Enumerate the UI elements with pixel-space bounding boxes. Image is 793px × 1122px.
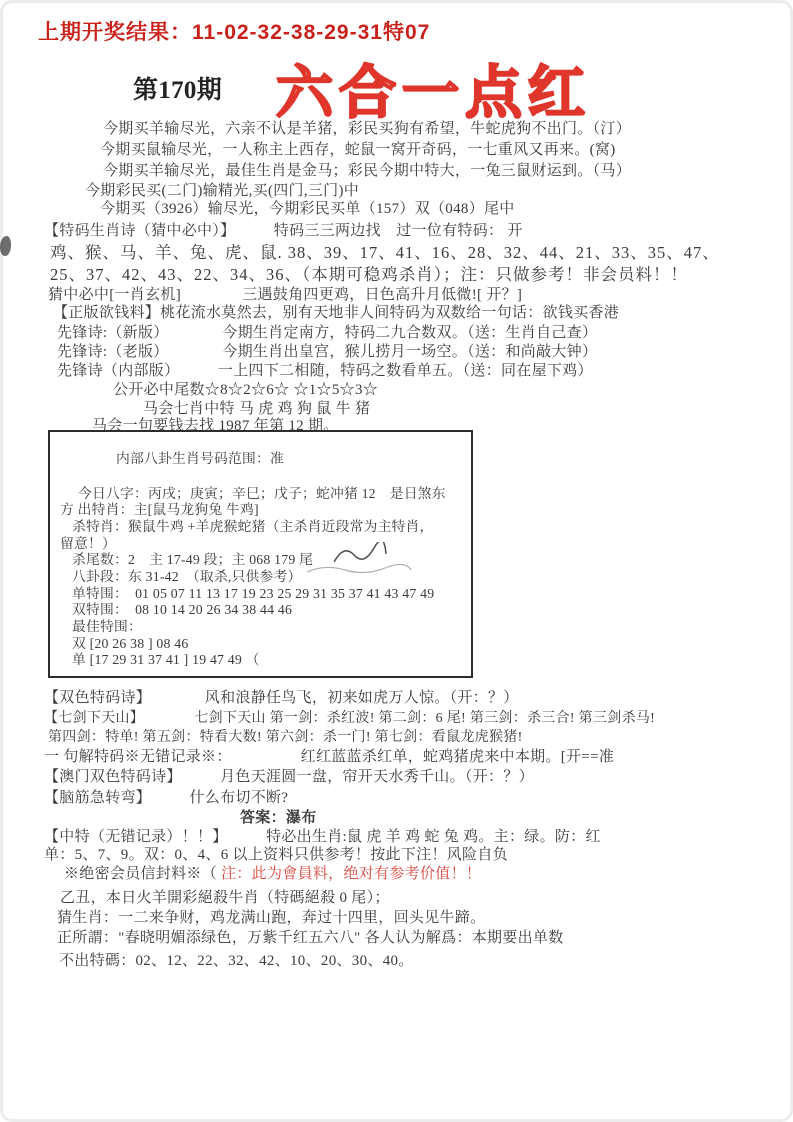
- macau-two-color-poem: 【澳门双色特码诗】 月色天涯圆一盘，帘开天水秀千山。（开：？）: [44, 765, 534, 786]
- brain-teaser: 【脑筋急转弯】 什么布切不断?: [44, 786, 288, 807]
- box-line: 单 [17 29 31 37 41 ] 19 47 49 （: [72, 648, 260, 668]
- intro-line: 今期买（3926）输尽光，今期彩民买单（157）双（048）尾中: [100, 197, 515, 218]
- footer-line: 正所謂："春晓明媚添绿色，万紫千红五六八" 各人认为解爲：本期要出单数: [57, 926, 564, 947]
- pioneer-poem-internal: 先锋诗（内部版） 一上四下二相随，特码之数看单五。（送：同在屋下鸡）: [57, 359, 593, 380]
- member-secret-note: ※绝密会员信封料※（ 注：此为會員料，绝对有参考价值！！: [64, 862, 481, 883]
- two-color-poem: 【双色特码诗】 风和浪静任鸟飞，初来如虎万人惊。（开：？）: [44, 686, 519, 707]
- public-tail-numbers: 公开必中尾数☆8☆2☆6☆ ☆1☆5☆3☆: [113, 378, 378, 399]
- member-note-prefix: ※绝密会员信封料※（: [64, 866, 221, 882]
- pioneer-poem-old: 先锋诗:（老版） 今期生肖出皇宫，猴儿捞月一场空。（送：和尚敲大钟）: [57, 340, 597, 361]
- intro-line: 今期买羊输尽光，最佳生肖是金马；彩民今期中特大，一兔三鼠财运到。（马）: [103, 159, 631, 180]
- zodiac-number-line: 鸡、猴、马、羊、兔、虎、鼠. 38、39、17、41、16、28、32、44、2…: [50, 239, 720, 263]
- seven-swords-line1: 【七剑下天山】 七剑下天山 第一剑：杀红波! 第二剑：6 尾! 第三剑：杀三合!…: [44, 707, 655, 727]
- odd-even-advice: 单：5、7、9。双：0、4、6 以上资料只供参考！按此下注！风险自负: [44, 843, 508, 864]
- footer-line: 猜生肖：一二来争财，鸡龙满山跑，奔过十四里，回头见牛蹄。: [57, 906, 485, 927]
- intro-line: 今期买羊输尽光，六亲不认是羊猪，彩民买狗有希望，牛蛇虎狗不出门。（汀）: [103, 117, 631, 138]
- seven-swords-line2: 第四剑：特单! 第五剑：特看大数! 第六剑：杀一门! 第七剑：看鼠龙虎猴猪!: [48, 726, 523, 746]
- money-seeking-line: 【正版欲钱料】桃花流水莫然去，别有天地非人间特码为双数给一句话：欲钱买香港: [53, 301, 619, 322]
- box-line: 杀特肖：猴鼠牛鸡 +羊虎猴蛇猪（主杀肖近段常为主特肖，: [72, 515, 434, 535]
- footer-line: 不出特碼：02、12、22、32、42、10、20、30、40。: [59, 949, 414, 970]
- sentence-decode-line: 一 句解特码※无错记录※： 红红蓝蓝杀红单，蛇鸡猪虎来中本期。[开==准: [44, 745, 614, 766]
- footer-line: 乙丑，本日火羊開彩絕殺牛肖（特碼絕殺 0 尾）；: [60, 886, 390, 907]
- brain-teaser-answer: 答案：瀑布: [240, 806, 317, 827]
- bagua-info-box: 内部八卦生肖号码范围：准 今日八字：丙戌；庚寅；辛巳；戊子；蛇冲猪 12 是日煞…: [48, 430, 473, 678]
- zodiac-poem-header: 【特码生肖诗（猜中必中）】 特码三三两边找 过一位有特码： 开: [44, 219, 523, 240]
- pioneer-poem-new: 先锋诗:（新版） 今期生肖定南方，特码二九合数双。（送：生肖自己查）: [57, 321, 597, 342]
- pen-scribble: [305, 560, 415, 578]
- box-title: 内部八卦生肖号码范围：准: [116, 447, 284, 467]
- member-note-highlight: 注：此为會員料，绝对有参考价值！！: [221, 866, 481, 882]
- intro-line: 今期买鼠输尽光，一人称主上西存，蛇鼠一窝开奇码，一七重风又再来。(窝): [100, 138, 616, 159]
- zodiac-number-line: 25、37、42、43、22、34、36、（本期可稳鸡杀肖）；注：只做参考！非会…: [50, 261, 688, 285]
- issue-number: 第170期: [133, 70, 222, 106]
- lottery-tip-sheet: 上期开奖结果：11-02-32-38-29-31特07 第170期 六合一点红 …: [0, 0, 793, 1122]
- previous-draw-result: 上期开奖结果：11-02-32-38-29-31特07: [38, 16, 430, 46]
- scan-smudge: [0, 236, 11, 256]
